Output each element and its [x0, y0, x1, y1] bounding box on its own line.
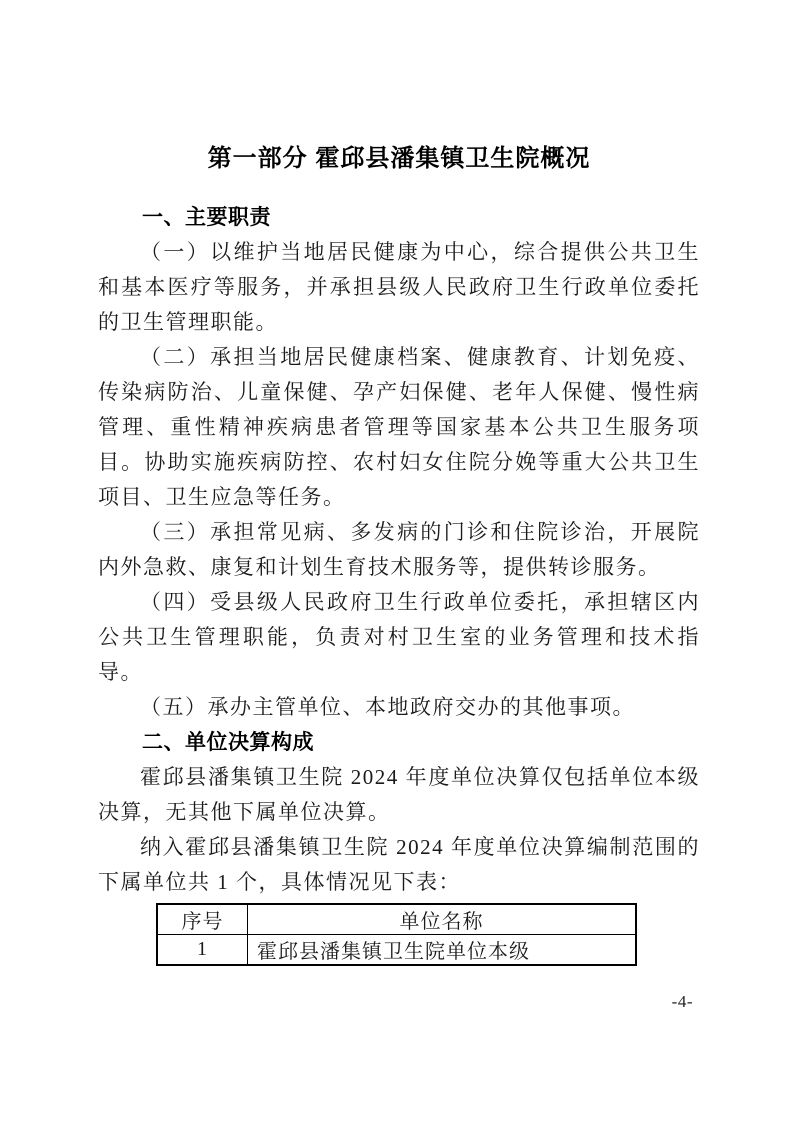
document-page: 第一部分 霍邱县潘集镇卫生院概况 一、主要职责 （一）以维护当地居民健康为中心，…	[0, 0, 793, 1122]
paragraph-duty-1: （一）以维护当地居民健康为中心，综合提供公共卫生和基本医疗等服务，并承担县级人民…	[98, 235, 700, 340]
table-header-seq: 序号	[157, 904, 248, 935]
table-cell-seq: 1	[157, 935, 248, 966]
table-header-row: 序号 单位名称	[157, 904, 636, 935]
table-header-unit-name: 单位名称	[248, 904, 637, 935]
paragraph-subordinate-units-intro: 纳入霍邱县潘集镇卫生院 2024 年度单位决算编制范围的下属单位共 1 个，具体…	[98, 830, 700, 900]
paragraph-duty-3: （三）承担常见病、多发病的门诊和住院诊治，开展院内外急救、康复和计划生育技术服务…	[98, 515, 700, 585]
table-cell-unit-name: 霍邱县潘集镇卫生院单位本级	[248, 935, 637, 966]
paragraph-budget-scope: 霍邱县潘集镇卫生院 2024 年度单位决算仅包括单位本级决算，无其他下属单位决算…	[98, 760, 700, 830]
table-row: 1 霍邱县潘集镇卫生院单位本级	[157, 935, 636, 966]
subordinate-units-table: 序号 单位名称 1 霍邱县潘集镇卫生院单位本级	[156, 903, 637, 966]
document-title: 第一部分 霍邱县潘集镇卫生院概况	[98, 141, 700, 176]
paragraph-duty-5: （五）承办主管单位、本地政府交办的其他事项。	[98, 690, 700, 725]
paragraph-duty-2: （二）承担当地居民健康档案、健康教育、计划免疫、传染病防治、儿童保健、孕产妇保健…	[98, 340, 700, 515]
section-heading-budget-composition: 二、单位决算构成	[98, 725, 700, 760]
page-number: -4-	[672, 992, 693, 1012]
section-heading-main-duties: 一、主要职责	[98, 200, 700, 235]
paragraph-duty-4: （四）受县级人民政府卫生行政单位委托，承担辖区内公共卫生管理职能，负责对村卫生室…	[98, 585, 700, 690]
